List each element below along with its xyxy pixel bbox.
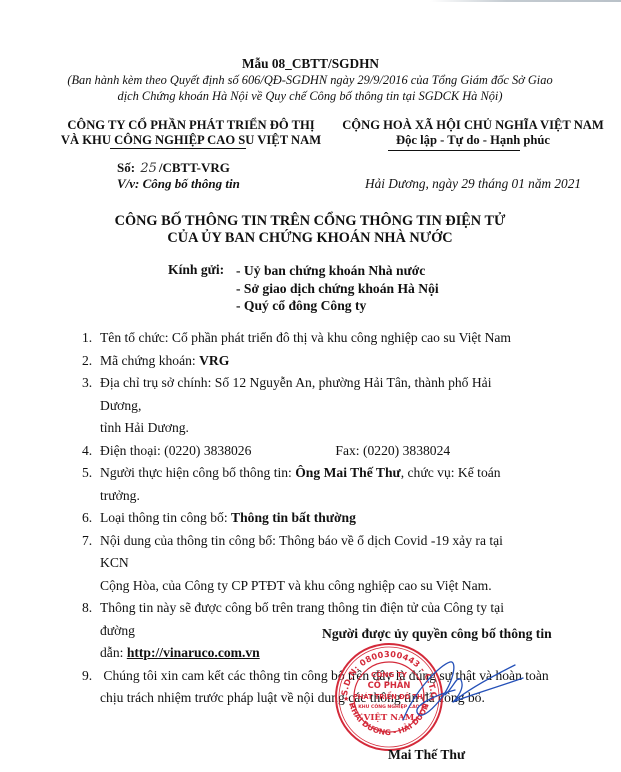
item-number: 3. [82, 372, 100, 440]
recipient: - Uỷ ban chứng khoán Nhà nước [236, 262, 439, 280]
disclosure-type: Thông tin bất thường [231, 510, 356, 525]
organization-name-line2: VÀ KHU CÔNG NGHIỆP CAO SU VIỆT NAM [58, 133, 324, 148]
recipients-list: - Uỷ ban chứng khoán Nhà nước - Sở giao … [236, 262, 439, 315]
stock-code: VRG [199, 353, 229, 368]
recipient: - Quý cổ đông Công ty [236, 297, 439, 315]
item-text: Mã chứng khoán: VRG [100, 350, 522, 373]
scan-edge [430, 0, 621, 2]
recipient: - Sở giao dịch chứng khoán Hà Nội [236, 280, 439, 298]
item-content: 7. Nội dung của thông tin công bố: Thông… [82, 530, 522, 598]
document-title-line1: CÔNG BỐ THÔNG TIN TRÊN CỔNG THÔNG TIN ĐI… [60, 213, 560, 230]
item-number: 5. [82, 462, 100, 507]
item-text: Người thực hiện công bố thông tin: Ông M… [100, 462, 522, 507]
item-stock-code: 2. Mã chứng khoán: VRG [82, 350, 522, 373]
signatory-name: Mai Thế Thư [388, 747, 465, 763]
item-discloser: 5. Người thực hiện công bố thông tin: Ôn… [82, 462, 522, 507]
item-number: 2. [82, 350, 100, 373]
organization-name-line1: CÔNG TY CỔ PHẦN PHÁT TRIỂN ĐÔ THỊ [58, 118, 324, 133]
item-number: 1. [82, 327, 100, 350]
item-disclosure-type: 6. Loại thông tin công bố: Thông tin bất… [82, 507, 522, 530]
document-subject: V/v: Công bố thông tin [117, 176, 240, 192]
document-number-label: Số: [117, 160, 135, 175]
item-number: 4. [82, 440, 100, 463]
item-contact: 4. Điện thoại: (0220) 3838026Fax: (0220)… [82, 440, 522, 463]
recipients-label: Kính gửi: [168, 262, 224, 278]
item-label: Mã chứng khoán: [100, 353, 199, 368]
item-organization-name: 1. Tên tổ chức: Cổ phần phát triển đô th… [82, 327, 522, 350]
nation-name: CỘNG HOÀ XÃ HỘI CHỦ NGHĨA VIỆT NAM [330, 118, 616, 133]
item-number: 6. [82, 507, 100, 530]
document-number: Số: 25/CBTT-VRG [117, 160, 230, 176]
fax: Fax: (0220) 3838024 [335, 440, 450, 463]
item-number: 7. [82, 530, 100, 598]
motto-underline [388, 150, 520, 151]
phone: Điện thoại: (0220) 3838026 [100, 443, 251, 458]
item-label: Người thực hiện công bố thông tin: [100, 465, 295, 480]
document-title: CÔNG BỐ THÔNG TIN TRÊN CỔNG THÔNG TIN ĐI… [60, 213, 560, 247]
item-address: 3. Địa chỉ trụ sở chính: Số 12 Nguyễn An… [82, 372, 522, 440]
item-label: dẫn: [100, 645, 127, 660]
item-number: 9. [82, 665, 100, 710]
item-label: Loại thông tin công bố: [100, 510, 231, 525]
national-motto: CỘNG HOÀ XÃ HỘI CHỦ NGHĨA VIỆT NAM Độc l… [330, 118, 616, 148]
website-link[interactable]: http://vinaruco.com.vn [127, 645, 260, 660]
form-note: (Ban hành kèm theo Quyết định số 606/QĐ-… [60, 72, 560, 104]
document-number-value: 25 [138, 161, 159, 176]
item-line: tỉnh Hải Dương. [100, 417, 522, 440]
organization-underline [110, 148, 246, 149]
organization-name: CÔNG TY CỔ PHẦN PHÁT TRIỂN ĐÔ THỊ VÀ KHU… [58, 118, 324, 148]
item-line: Địa chỉ trụ sở chính: Số 12 Nguyễn An, p… [100, 372, 522, 417]
form-note-line2: dịch Chứng khoán Hà Nội về Quy chế Công … [60, 88, 560, 104]
item-text: Tên tổ chức: Cổ phần phát triển đô thị v… [100, 327, 522, 350]
handwritten-signature-icon [395, 650, 545, 740]
place-date: Hải Dương, ngày 29 tháng 01 năm 2021 [330, 176, 616, 192]
discloser-name: Ông Mai Thế Thư [295, 465, 400, 480]
item-text: Loại thông tin công bố: Thông tin bất th… [100, 507, 522, 530]
item-line: Nội dung của thông tin công bố: Thông bá… [100, 530, 522, 575]
document-title-line2: CỦA ỦY BAN CHỨNG KHOÁN NHÀ NƯỚC [60, 230, 560, 247]
form-code: Mẫu 08_CBTT/SGDHN [0, 56, 621, 72]
item-number: 8. [82, 597, 100, 665]
document-number-suffix: /CBTT-VRG [159, 160, 230, 175]
item-text: Địa chỉ trụ sở chính: Số 12 Nguyễn An, p… [100, 372, 522, 440]
form-note-line1: (Ban hành kèm theo Quyết định số 606/QĐ-… [60, 72, 560, 88]
item-line: Cộng Hòa, của Công ty CP PTĐT và khu côn… [100, 575, 522, 598]
item-text: Nội dung của thông tin công bố: Thông bá… [100, 530, 522, 598]
signatory-title: Người được ủy quyền công bố thông tin [322, 626, 552, 642]
item-text: Điện thoại: (0220) 3838026Fax: (0220) 38… [100, 440, 522, 463]
svg-text:★: ★ [343, 695, 349, 703]
motto: Độc lập - Tự do - Hạnh phúc [330, 133, 616, 148]
